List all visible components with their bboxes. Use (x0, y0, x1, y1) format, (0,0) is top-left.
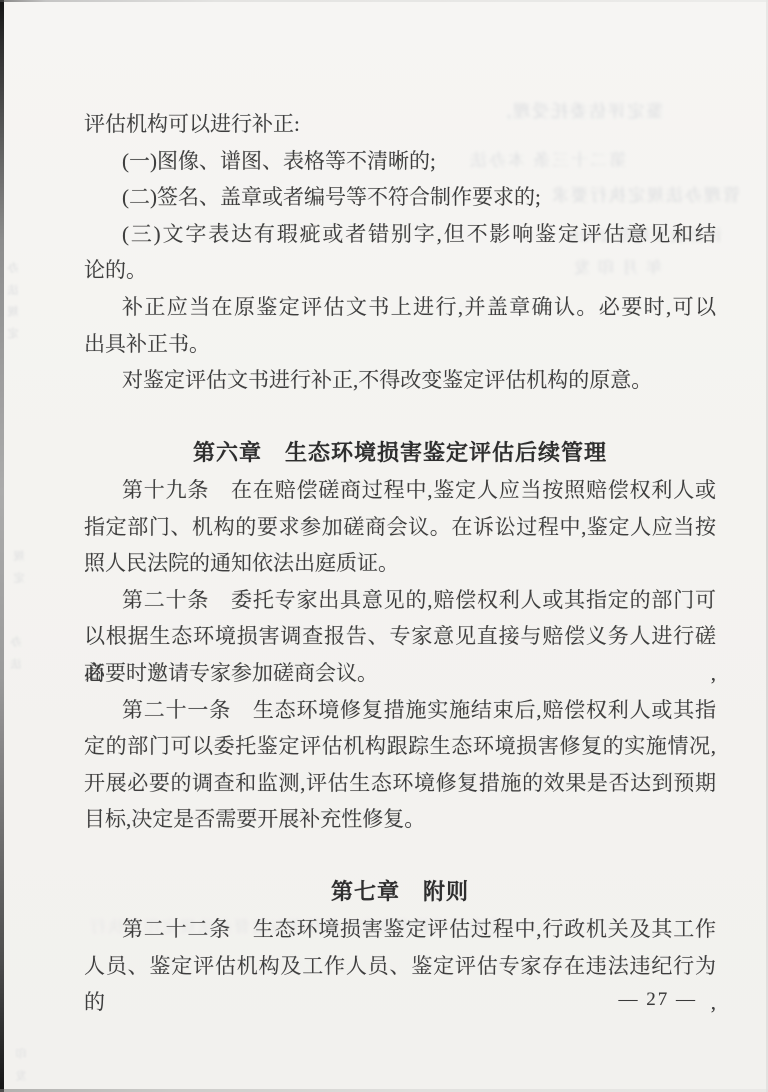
scan-edge-top (0, 0, 768, 2)
text-line: 第二十条 委托专家出具意见的,赔偿权利人或其指定的部门可 (84, 582, 716, 619)
text-line: 人员、鉴定评估机构及工作人员、鉴定评估专家存在违法违纪行为的, (84, 948, 716, 985)
text-line: (二)签名、盖章或者编号等不符合制作要求的; (84, 179, 716, 216)
text-line: 评估机构可以进行补正: (84, 106, 716, 143)
text-line: 照人民法院的通知依法出庭质证。 (84, 545, 716, 582)
text-line: 出具补正书。 (84, 326, 716, 363)
bleed-through-text: 印 发 (14, 1048, 30, 1085)
text-line: 定的部门可以委托鉴定评估机构跟踪生态环境损害修复的实施情况, (84, 728, 716, 765)
text-line: 开展必要的调查和监测,评估生态环境修复措施的效果是否达到预期 (84, 765, 716, 802)
scan-edge-left (0, 0, 4, 1092)
chapter-heading: 第六章 生态环境损害鉴定评估后续管理 (84, 435, 716, 472)
text-line: 第十九条 在在赔偿磋商过程中,鉴定人应当按照赔偿权利人或 (84, 472, 716, 509)
text-line: 对鉴定评估文书进行补正,不得改变鉴定评估机构的原意。 (84, 362, 716, 399)
text-line: (一)图像、谱图、表格等不清晰的; (84, 143, 716, 180)
blank-line (84, 838, 716, 875)
text-line: 目标,决定是否需要开展补充性修复。 (84, 801, 716, 838)
text-line: 补正应当在原鉴定评估文书上进行,并盖章确认。必要时,可以 (84, 289, 716, 326)
page-number: — 27 — (619, 989, 698, 1011)
chapter-heading: 第七章 附则 (84, 874, 716, 911)
blank-line (84, 399, 716, 436)
document-text: 评估机构可以进行补正:(一)图像、谱图、表格等不清晰的;(二)签名、盖章或者编号… (84, 106, 716, 984)
text-line: 指定部门、机构的要求参加磋商会议。在诉讼过程中,鉴定人应当按 (84, 509, 716, 546)
bleed-through-text: 规 定 (12, 550, 28, 587)
bleed-through-text: 办 法 规 定 (6, 262, 22, 342)
text-line: 第二十二条 生态环境损害鉴定评估过程中,行政机关及其工作 (84, 911, 716, 948)
text-line: 第二十一条 生态环境修复措施实施结束后,赔偿权利人或其指 (84, 692, 716, 729)
bleed-through-text: 办 法 (9, 636, 25, 673)
text-line: (三)文字表达有瑕疵或者错别字,但不影响鉴定评估意见和结 (84, 216, 716, 253)
text-line: 以根据生态环境损害调查报告、专家意见直接与赔偿义务人进行磋商, (84, 618, 716, 655)
scanned-page: 鉴定评估委托受理,第二十三条 本办法管理办法规定执行要求评估技术规范 2020年… (0, 0, 768, 1092)
text-line: 论的。 (84, 252, 716, 289)
